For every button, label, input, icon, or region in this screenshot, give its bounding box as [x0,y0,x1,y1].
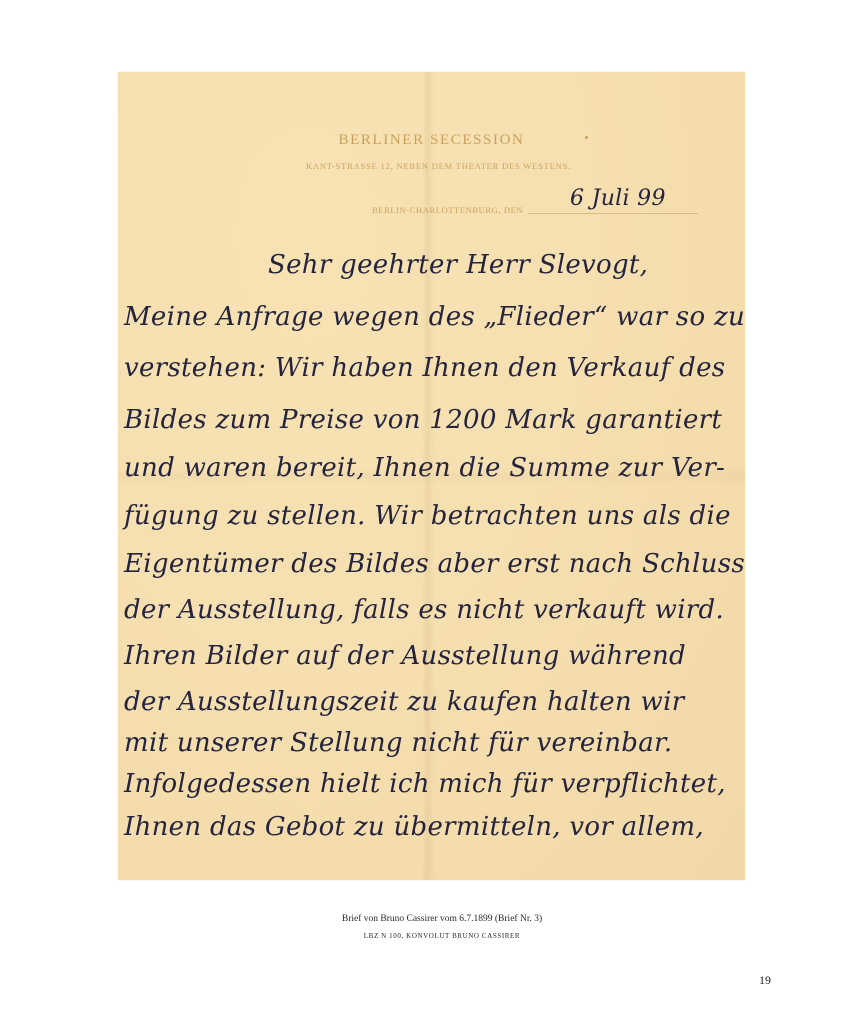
letterhead-dot-ornament [585,136,588,139]
letter-line: und waren bereit, Ihnen die Summe zur Ve… [124,453,739,483]
letter-scan: BERLINER SECESSION KANT-STRASSE 12, NEBE… [118,72,745,880]
letter-line: verstehen: Wir haben Ihnen den Verkauf d… [124,353,739,383]
page-number: 19 [759,973,771,988]
letter-line: Infolgedessen hielt ich mich für verpfli… [124,769,739,799]
letterhead-address: KANT-STRASSE 12, NEBEN DEM THEATER DES W… [118,161,745,171]
letterhead-title: BERLINER SECESSION [118,132,745,149]
letter-line: fügung zu stellen. Wir betrachten uns al… [124,501,739,531]
letterhead-place: BERLIN-CHARLOTTENBURG, DEN [372,205,523,215]
letter-line: Meine Anfrage wegen des „Flieder“ war so… [124,302,739,332]
letter-line: mit unserer Stellung nicht für vereinbar… [124,728,739,758]
letter-line: Ihren Bilder auf der Ausstellung während [124,641,739,671]
letter-line: Eigentümer des Bildes aber erst nach Sch… [124,549,739,579]
letter-line: Bildes zum Preise von 1200 Mark garantie… [124,405,739,435]
handwritten-date: 6 Juli 99 [570,186,666,211]
letter-line: der Ausstellungszeit zu kaufen halten wi… [124,687,739,717]
letterhead-date-rule [528,213,698,214]
letter-line: Ihnen das Gebot zu übermitteln, vor alle… [124,812,739,842]
figure-caption: Brief von Bruno Cassirer vom 6.7.1899 (B… [0,914,844,924]
letter-line: der Ausstellung, falls es nicht verkauft… [124,595,739,625]
letter-greeting: Sehr geehrter Herr Slevogt, [268,250,648,280]
figure-source: LBZ N 100, KONVOLUT BRUNO CASSIRER [0,932,844,940]
